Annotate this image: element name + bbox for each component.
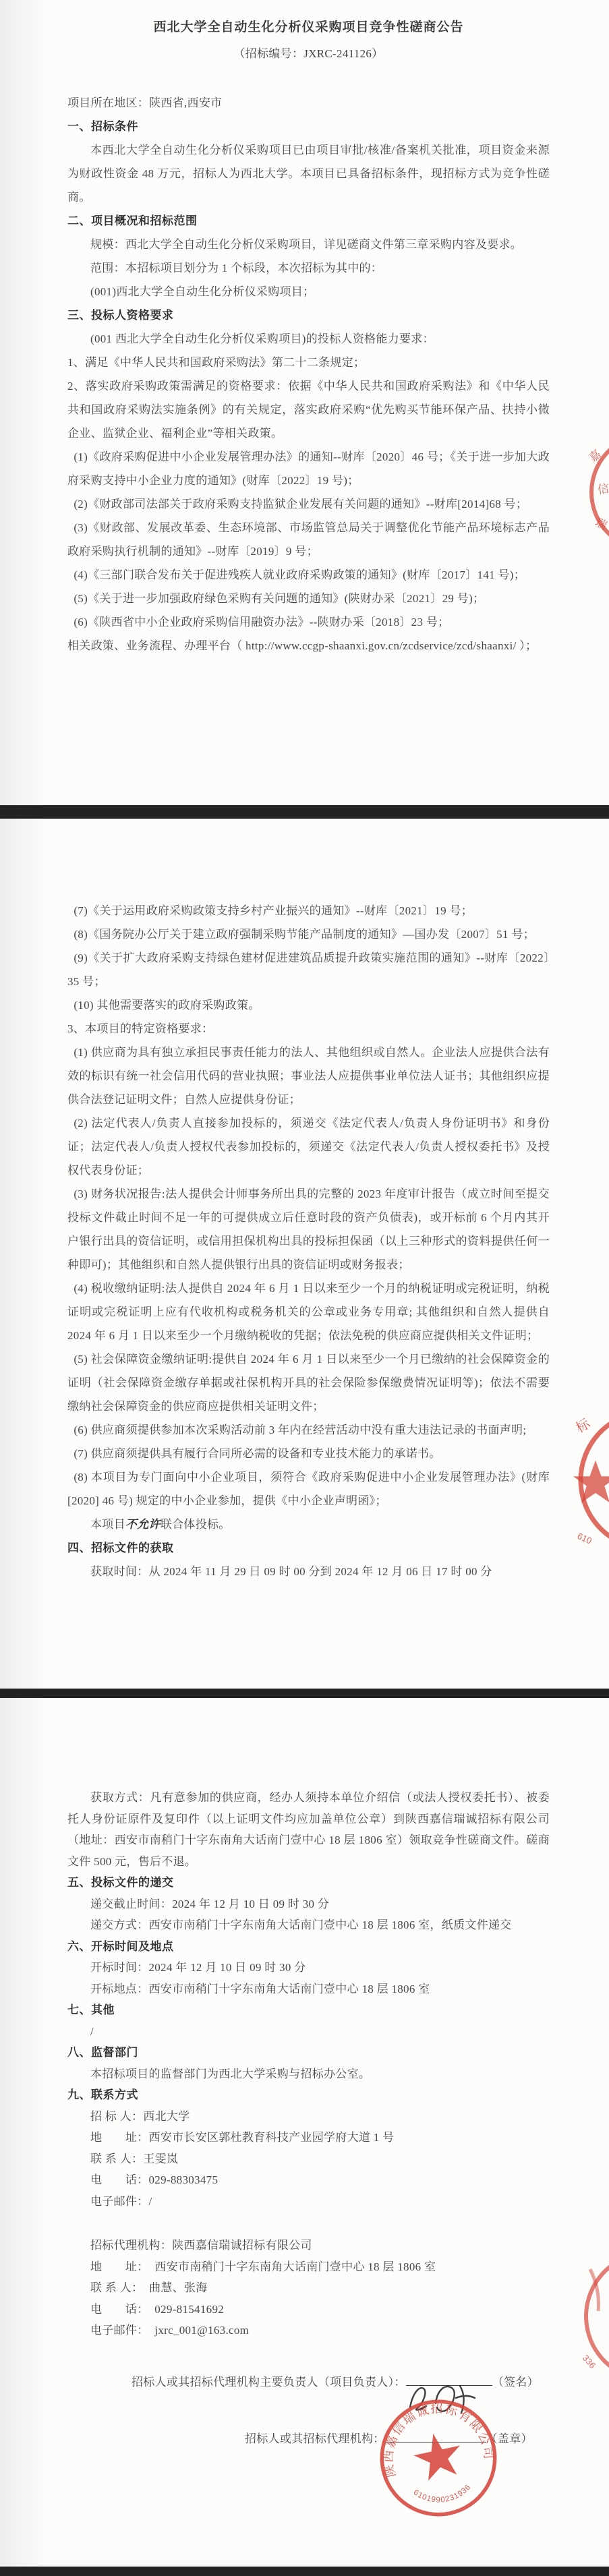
agency-name: 招标代理机构：陕西嘉信瑞诚招标有限公司 [67, 2235, 550, 2256]
tenderer-name: 招 标 人：西北大学 [67, 2106, 550, 2128]
org-seal-label: 招标人或其招标代理机构： [245, 2432, 385, 2445]
agency-email: 电子邮件： jxrc_001@163.com [67, 2320, 550, 2341]
lot-001: (001)西北大学全自动生化分析仪采购项目； [67, 280, 550, 303]
document-obtain-method: 获取方式：凡有意参加的供应商，经办人须持本单位介绍信（或法人授权委托书）、被委托… [67, 1787, 550, 1872]
no-consortium-emphasis: 不允许 [125, 1518, 161, 1531]
agency-contact: 联 系 人： 曲慧、张海 [67, 2277, 550, 2299]
section-1-heading: 一、招标条件 [67, 115, 550, 138]
page-2-content: (7)《关于运用政府采购政策支持乡村产业振兴的通知》--财库〔2021〕19 号… [0, 819, 609, 1583]
section-2-heading: 二、项目概况和招标范围 [67, 209, 550, 233]
specific-req-8: (8) 本项目为专门面向中小企业项目，须符合《政府采购促进中小企业发展管理办法》… [67, 1465, 550, 1513]
policy-5: (5)《关于进一步加强政府绿色采购有关问题的通知》(陕财办采〔2021〕29 号… [67, 587, 550, 610]
section-8-heading: 八、监督部门 [67, 2042, 550, 2063]
page-1: 西北大学全自动生化分析仪采购项目竞争性磋商公告 （招标编号：JXRC-24112… [0, 0, 609, 805]
supervision-dept: 本招标项目的监督部门为西北大学采购与招标办公室。 [67, 2063, 550, 2085]
specific-req-5: (5) 社会保障资金缴纳证明:提供自 2024 年 6 月 1 日以来至少一个月… [67, 1347, 550, 1418]
tender-number: （招标编号：JXRC-241126） [67, 42, 550, 65]
section-7-content: / [67, 2021, 550, 2043]
specific-req-1: (1) 供应商为具有独立承担民事责任能力的法人、其他组织或自然人。企业法人应提供… [67, 1041, 550, 1111]
policy-6: (6)《陕西省中小企业政府采购信用融资办法》--陕财办采〔2018〕23 号； [67, 610, 550, 634]
specific-req-2: (2) 法定代表人/负责人直接参加投标的，须递交《法定代表人/负责人身份证明书》… [67, 1111, 550, 1182]
requirement-3: 3、本项目的特定资格要求： [67, 1017, 550, 1041]
signature-line [406, 2376, 492, 2386]
no-consortium-pre: 本项目 [90, 1518, 125, 1531]
page-break-bar [0, 1689, 609, 1698]
document-title: 西北大学全自动生化分析仪采购项目竞争性磋商公告 [67, 18, 550, 38]
page-2: (7)《关于运用政府采购政策支持乡村产业振兴的通知》--财库〔2021〕19 号… [0, 819, 609, 1689]
section-1-paragraph: 本西北大学全自动生化分析仪采购项目已由项目审批/核准/备案机关批准，项目资金来源… [67, 138, 550, 209]
seal-line [385, 2432, 486, 2442]
bid-opening-place: 开标地点：西安市南稍门十字东南角大话南门壹中心 18 层 1806 室 [67, 1979, 550, 2000]
agency-phone: 电 话： 029-81541692 [67, 2299, 550, 2320]
submission-deadline: 递交截止时间：2024 年 12 月 10 日 09 时 30 分 [67, 1894, 550, 1915]
org-seal-suffix: （盖章） [486, 2432, 533, 2445]
policy-1: (1)《政府采购促进中小企业发展管理办法》的通知--财库〔2020〕46 号；《… [67, 445, 550, 492]
policy-10: (10) 其他需要落实的政府采购政策。 [67, 993, 550, 1017]
section-3-heading: 三、投标人资格要求 [67, 303, 550, 327]
principal-signature-label: 招标人或其招标代理机构主要负责人（项目负责人）： [132, 2376, 406, 2389]
section-9-heading: 九、联系方式 [67, 2084, 550, 2106]
agency-address: 地 址： 西安市南稍门十字东南角大话南门壹中心 18 层 1806 室 [67, 2256, 550, 2278]
tenderer-address: 地 址：西安市长安区郭杜教育科技产业园学府大道 1 号 [67, 2127, 550, 2148]
page-1-content: 西北大学全自动生化分析仪采购项目竞争性磋商公告 （招标编号：JXRC-24112… [0, 0, 609, 657]
tenderer-phone: 电 话：029-88303475 [67, 2169, 550, 2191]
project-location: 项目所在地区：陕西省,西安市 [67, 91, 550, 115]
policy-platform: 相关政策、业务流程、办理平台（ http://www.ccgp-shaanxi.… [67, 634, 550, 657]
specific-req-3: (3) 财务状况报告:法人提供会计师事务所出具的完整的 2023 年度审计报告（… [67, 1182, 550, 1277]
policy-8: (8)《国务院办公厅关于建立政府强制采购节能产品制度的通知》—国办发〔2007〕… [67, 923, 550, 946]
section-4-heading: 四、招标文件的获取 [67, 1536, 550, 1560]
policy-9: (9)《关于扩大政府采购支持绿色建材促进建筑品质提升政策实施范围的通知》--财库… [67, 946, 550, 993]
specific-req-7: (7) 供应商须提供具有履行合同所必需的设备和专业技术能力的承诺书。 [67, 1442, 550, 1465]
section-7-heading: 七、其他 [67, 1999, 550, 2021]
submission-method: 递交方式：西安市南稍门十字东南角大话南门壹中心 18 层 1806 室，纸质文件… [67, 1914, 550, 1936]
policy-2: (2)《财政部司法部关于政府采购支持监狱企业发展有关问题的通知》--财库[201… [67, 492, 550, 516]
page-3-content: 获取方式：凡有意参加的供应商，经办人须持本单位介绍信（或法人授权委托书）、被委托… [0, 1698, 609, 2450]
no-consortium-post: 联合体投标。 [161, 1518, 231, 1531]
policy-3: (3)《财政部、发展改革委、生态环境部、市场监管总局关于调整优化节能产品环境标志… [67, 516, 550, 563]
project-range: 范围：本招标项目划分为 1 个标段，本次招标为其中的： [67, 256, 550, 280]
specific-req-6: (6) 供应商须提供参加本次采购活动前 3 年内在经营活动中没有重大违法记录的书… [67, 1418, 550, 1442]
tenderer-email: 电子邮件：/ [67, 2191, 550, 2213]
org-seal-row: 招标人或其招标代理机构：（盖章） [245, 2428, 550, 2450]
scanned-document: 西北大学全自动生化分析仪采购项目竞争性磋商公告 （招标编号：JXRC-24112… [0, 0, 609, 2576]
qualification-intro: (001 西北大学全自动生化分析仪采购项目)的投标人资格能力要求： [67, 327, 550, 351]
specific-req-4: (4) 税收缴纳证明:法人提供自 2024 年 6 月 1 日以来至少一个月的纳… [67, 1277, 550, 1347]
tenderer-contact: 联 系 人：王雯岚 [67, 2148, 550, 2170]
bid-opening-time: 开标时间：2024 年 12 月 10 日 09 时 30 分 [67, 1957, 550, 1979]
principal-signature-suffix: （签名） [492, 2376, 539, 2389]
bottom-scan-bar [0, 2567, 609, 2576]
page-break-bar [0, 805, 609, 819]
document-obtain-time: 获取时间：从 2024 年 11 月 29 日 09 时 00 分到 2024 … [67, 1560, 550, 1583]
page-3: 获取方式：凡有意参加的供应商，经办人须持本单位介绍信（或法人授权委托书）、被委托… [0, 1698, 609, 2567]
section-6-heading: 六、开标时间及地点 [67, 1936, 550, 1958]
requirement-1: 1、满足《中华人民共和国政府采购法》第二十二条规定； [67, 351, 550, 374]
no-consortium-note: 本项目不允许联合体投标。 [67, 1513, 550, 1536]
section-5-heading: 五、投标文件的递交 [67, 1872, 550, 1894]
policy-7: (7)《关于运用政府采购政策支持乡村产业振兴的通知》--财库〔2021〕19 号… [67, 899, 550, 923]
policy-4: (4)《三部门联合发布关于促进残疾人就业政府采购政策的通知》(财库〔2017〕1… [67, 563, 550, 587]
principal-signature-row: 招标人或其招标代理机构主要负责人（项目负责人）：（签名） [132, 2372, 550, 2393]
seal-number: 6101990231936 [411, 2477, 475, 2510]
requirement-2: 2、落实政府采购政策需满足的资格要求：依据《中华人民共和国政府采购法》和《中华人… [67, 374, 550, 445]
svg-text:6101990231936: 6101990231936 [411, 2477, 475, 2510]
project-scale: 规模：西北大学全自动生化分析仪采购项目，详见磋商文件第三章采购内容及要求。 [67, 233, 550, 256]
